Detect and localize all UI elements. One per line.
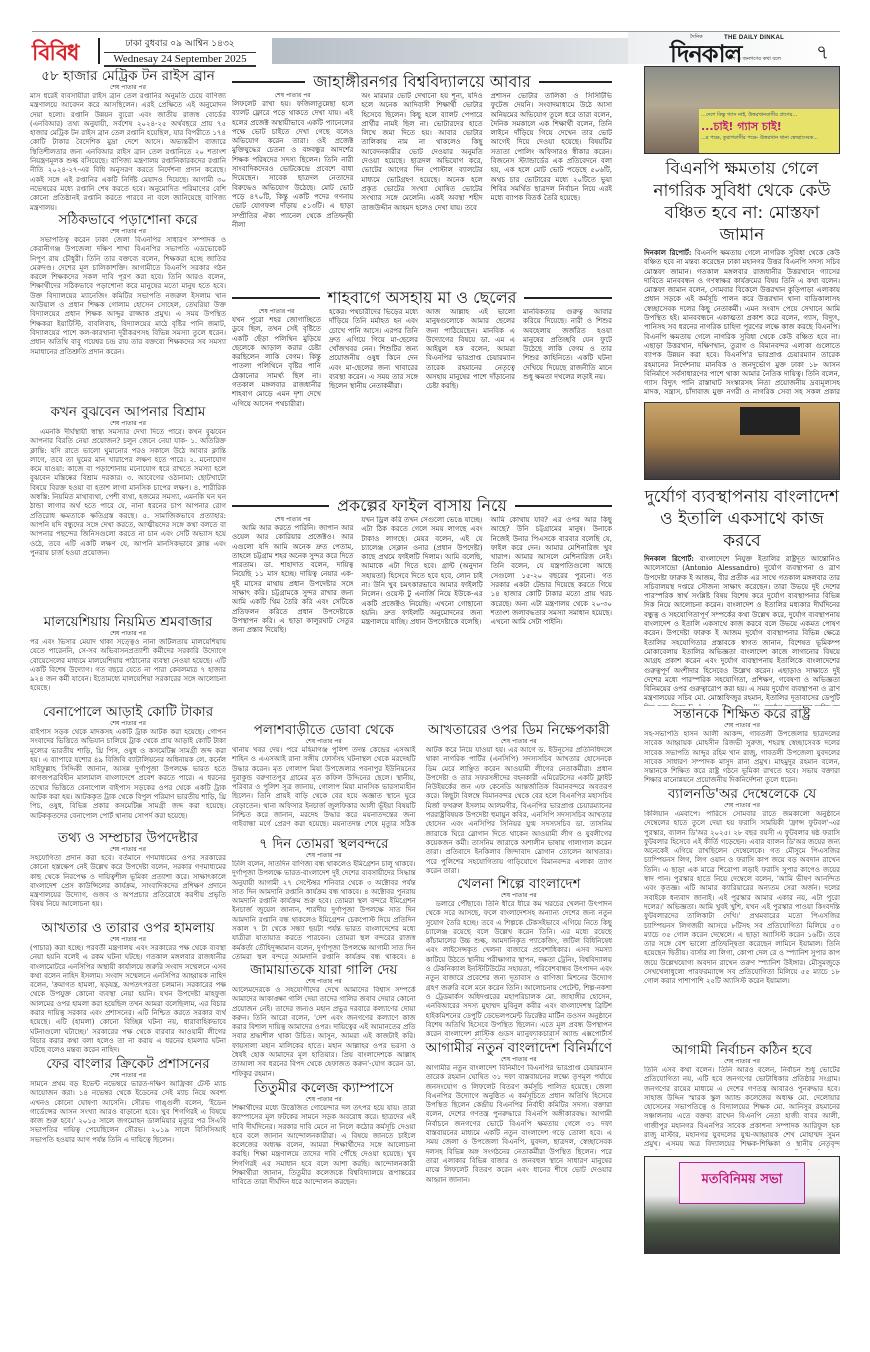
article-col: হকের। পথচারীদের ভিড়ের মধ্যে দাঁড়িয়ে ত… [329,308,418,486]
article-col: শেষ পাতার পরযখন পুরো শহর জোগাচ্ছিতে ডুবে… [232,308,321,486]
headline: মালয়েশিয়ায় নিয়মিত শ্রমবাজার [30,614,226,630]
headline: জাহাঙ্গীরনগর বিশ্ববিদ্যালয়ে আবার [313,72,531,92]
rule [232,297,320,299]
article-body: সামনে প্রথম বড় ইভেন্ট নভেম্বরে ভারত-দক্… [30,1080,226,1200]
rule [232,81,305,83]
continued-label: শেষ পাতার পর [232,978,416,986]
headline-row: জাহাঙ্গীরনগর বিশ্ববিদ্যালয়ে আবার [232,72,612,92]
article-malaysia: মালয়েশিয়ায় নিয়মিত শ্রমবাজার শেষ পাতা… [30,614,226,704]
dateline: ঢাকা বুধবার ০৯ আশ্বিন ১৪৩২ Wednesay 24 S… [104,36,256,67]
article-body: আগামীর নতুন বাংলাদেশ বিনির্মাণে বিএনপির … [426,1064,612,1254]
continued-label: শেষ পাতার পর [426,738,612,746]
continued-label: শেষ পাতার পর [232,738,416,746]
banner-title: মতবিনিময় সভা [680,1175,804,1184]
headline: ৭ দিন তোমরা স্থলবন্দরে [232,836,416,852]
divider [98,38,100,64]
logo-tagline: দেশ ও জনগণের কথা বলে [728,56,781,64]
headline: বিএনপি ক্ষমতায় গেলে নাগরিক সুবিধা থেকে … [644,158,840,246]
article-body: আটক করে নিয়ে যাওয়া হয়। এর আগে ড. ইউনূ… [426,746,612,876]
article-body: আলেমদেরকে ও সহযোগীদের দেখে আমাদের বিশ্বা… [232,986,416,1080]
article-shahbag: শাহবাগে অসহায় মা ও ছেলের শেষ পাতার পরযখ… [232,288,612,486]
continued-label: শেষ পাতার পর [644,1058,840,1066]
right-column: ...দেশে কিন্তু গ্যাস নাই, উত্তরখানবাসীর … [644,66,840,1346]
headline: পলাশবাড়ীতে ডোবা থেকে [232,722,416,738]
headline: দুর্যোগ ব্যবস্থাপনায় বাংলাদেশ ও ইতালি এ… [644,486,840,552]
headline: সন্তানকে শিক্ষিত করে রাষ্ট্র [644,706,840,722]
headline: আখতারের ওপর ডিম নিক্ষেপকারী [426,722,612,738]
continued-label: শেষ পাতার পর [232,92,353,100]
article-col: আজ আল্লাহ এই ভালো মানুষগুলোকে আমার ছেলের… [426,308,515,486]
continued-label: শেষ পাতার পর [30,936,226,944]
continued-label: শেষ পাতার পর [30,228,226,236]
headline: ফের বাংলার ক্রিকেট প্রশাসনের [30,1056,226,1072]
center-column: জাহাঙ্গীরনগর বিশ্ববিদ্যালয়ে আবার শেষ পা… [232,72,612,1340]
article-col: অং মারমার ভোট দেখানো হয় শূন্য, যদিও হলে… [361,92,482,270]
banner-text: ...র পক্ষে, তুরাগবাসীর পক্ষে- উত্তরখান থ… [701,134,839,143]
article-columns: শেষ পাতার পরলিফলেট রাখা হয়। ফজিলাতুন্নে… [232,92,612,270]
article-body: ঢিলি বলেন, সাতদিন বাণিজ্য বন্ধ থাকলেও ইম… [232,860,416,962]
headline: প্রকল্পের ফাইল বাসায় নিয়ে [337,496,507,516]
lower-grid: পলাশবাড়ীতে ডোবা থেকে শেষ পাতার পর থানায… [232,722,612,1264]
article-body: ডলারে পৌঁছাবে। তিনি ধীরে ধীরে কম খরচের খ… [426,900,612,1040]
article-col: প্রশাসন ভোটার তালিকা ও সিসিটিভি ফুটেজ দে… [491,92,612,270]
tv-screen [740,407,800,435]
headline: ব্যালনডি'অর দেম্বেলেকে যে [644,786,840,802]
body-text: বাংলাদেশে নিযুক্ত ইতালির রাষ্ট্রদূত আন্ত… [644,555,840,706]
continued-label: শেষ পাতার পর [30,1072,226,1080]
continued-label: শেষ পাতার পর [30,720,226,728]
article-body: সভাপতিত্ব করেন ঢাকা জেলা বিএনপির সাধারণ … [30,236,226,404]
masthead: বিবিধ ঢাকা বুধবার ০৯ আশ্বিন ১৪৩২ Wednesa… [32,31,840,63]
headline: শাহবাগে অসহায় মা ও ছেলের [328,288,517,308]
photo-gas-protest: ...দেশে কিন্তু গ্যাস নাই, উত্তরখানবাসীর … [644,66,840,154]
newspaper-logo: দৈনিক THE DAILY DINKAL দিনকাল দেশ ও জনগণ… [628,32,840,64]
date-bangla: ঢাকা বুধবার ০৯ আশ্বিন ১৪৩২ [104,36,256,53]
article-body: পর এবং ভিসার মেয়াদ থাকা সত্ত্বেও নানা জ… [30,638,226,704]
headline: কখন বুঝবেন আপনার বিশ্রাম [30,404,226,420]
continued-label: শেষ পাতার পর [232,852,416,860]
article-body: এমনকি দীর্ঘস্থায়ী স্বাস্থ্য সমস্যার দেখ… [30,428,226,614]
rule [524,297,612,299]
article-body: বাইপাস সড়ক থেকে মাদকসহ একটি ট্রাক আটক ক… [30,728,226,830]
banner-text: ...দেশে কিন্তু গ্যাস নাই, উত্তরখানবাসীর … [701,111,839,120]
left-column: ৫৮ হাজার মেট্রিক টন রাইস ব্রান শেষ পাতার… [30,68,226,1340]
rule [539,81,612,83]
continued-label: শেষ পাতার পর [232,1096,416,1104]
continued-label: শেষ পাতার পর [644,722,840,730]
article-benapole: বেনাপোলে আড়াই কোটি টাকার শেষ পাতার পর ব… [30,704,226,830]
article-rest: কখন বুঝবেন আপনার বিশ্রাম শেষ পাতার পর এম… [30,404,226,614]
continued-label: শেষ পাতার পর [232,516,353,524]
continued-label: শেষ পাতার পর [30,846,226,854]
col-text: আমি আর করতে পারিনি। জাপান আর ওয়েল আর কো… [232,524,353,636]
byline: দিনকাল রিপোর্ট: [644,248,691,257]
article-col: শেষ পাতার পরলিফলেট রাখা হয়। ফজিলাতুন্নে… [232,92,353,270]
body-text: বিএনপি ক্ষমতায় গেলে নাগরিক সুবিধা থেকে … [644,249,840,398]
article-body: মাস ধরেই ব্যবসায়ীরা রাইস ব্রান তেল রপ্ত… [30,92,226,212]
article-jahangirnagar: জাহাঙ্গীরনগর বিশ্ববিদ্যালয়ে আবার শেষ পা… [232,72,612,270]
article-col: মানবিকতার গুরুত্ব আবার করিয়ে দিয়েছে। ন… [523,308,612,486]
article-body: দিনকাল রিপোর্ট: বিএনপি ক্ষমতায় গেলে নাগ… [644,248,840,398]
headline: খেলনা শিল্পে বাংলাদেশ [426,876,612,892]
lower-left: পলাশবাড়ীতে ডোবা থেকে শেষ পাতার পর থানায… [232,722,416,1264]
continued-label: শেষ পাতার পর [426,892,612,900]
headline: তথ্য ও সম্প্রচার উপদেষ্টার [30,830,226,846]
photo-discussion-meeting: মতবিনিময় সভা [644,1156,840,1254]
continued-label: শেষ পাতার পর [426,1056,612,1064]
date-english: Wednesay 24 September 2025 [104,53,256,67]
rule [515,505,612,507]
headline: বেনাপোলে আড়াই কোটি টাকার [30,704,226,720]
article-body: শিক্ষার্থীদের মধ্যে উত্তেজিত গোয়েন্দার … [232,1104,416,1264]
article-body: সহ-সভাপতি হাসন আলী আকন্দ, গাবতলী উপজেলার… [644,730,840,786]
headline: সঠিকভাবে পড়াশোনা করে [30,212,226,228]
article-rice-bran: ৫৮ হাজার মেট্রিক টন রাইস ব্রান শেষ পাতার… [30,68,226,212]
photo-meeting [644,402,840,480]
article-body: তিনি এসব কথা বলেন। তিনি আরও বলেন, নির্বা… [644,1066,840,1150]
protest-banner: ...দেশে কিন্তু গ্যাস নাই, উত্তরখানবাসীর … [699,109,840,153]
article-body: কিলিয়ান এমবাপে। পারিসে সোমবার রাতে জমকা… [644,810,840,1042]
lower-right: আখতারের ওপর ডিম নিক্ষেপকারী শেষ পাতার পর… [426,722,612,1264]
article-body: (পাচার) করা হচ্ছে। পরবর্তী মন্ত্রণালয় এ… [30,944,226,1056]
continued-label: শেষ পাতার পর [30,84,226,92]
article-info-adviser: তথ্য ও সম্প্রচার উপদেষ্টার শেষ পাতার পর … [30,830,226,920]
headline-row: শাহবাগে অসহায় মা ও ছেলের [232,288,612,308]
headline: তিতুমীর কলেজ ক্যাম্পাসে [232,1080,416,1096]
article-attack: আখতার ও তারার ওপর হামলায় শেষ পাতার পর (… [30,920,226,1056]
article-body: দিনকাল রিপোর্ট: বাংলাদেশে নিযুক্ত ইতালির… [644,554,840,706]
article-study: সঠিকভাবে পড়াশোনা করে শেষ পাতার পর সভাপত… [30,212,226,404]
col-text: যখন পুরো শহর জোগাচ্ছিতে ডুবে ছিল, তখন সে… [232,316,321,409]
article-body: থানায় খবর দেয়। পরে মহিমাগঞ্জ পুলিশ তদন… [232,746,416,830]
banner-text: ...চাই! গ্যাস চাই! [701,122,839,131]
meeting-banner: মতবিনিময় সভা [679,1162,805,1204]
article-col: আমি কোথায় যাব? এর ওপর আর কিছু আছে? উনি … [491,516,612,714]
col-text: লিফলেট রাখা হয়। ফজিলাতুন্নেছা হলে ব্যাল… [232,100,353,230]
headline: আগামীর নতুন বাংলাদেশ বিনির্মাণে [426,1040,612,1056]
continued-label: শেষ পাতার পর [232,308,321,316]
masthead-band [272,38,632,64]
headline: জামায়াতকে যারা গালি দেয় [232,962,416,978]
article-columns: শেষ পাতার পরআমি আর করতে পারিনি। জাপান আর… [232,516,612,714]
article-columns: শেষ পাতার পরযখন পুরো শহর জোগাচ্ছিতে ডুবে… [232,308,612,486]
article-col: যখন ড্রিল করি তখন সেগুলো ভেঙে যাচ্ছে। এট… [361,516,482,714]
headline: ৫৮ হাজার মেট্রিক টন রাইস ব্রান [30,68,226,84]
article-project-file: প্রকল্পের ফাইল বাসায় নিয়ে শেষ পাতার পর… [232,496,612,714]
continued-label: শেষ পাতার পর [30,420,226,428]
article-col: শেষ পাতার পরআমি আর করতে পারিনি। জাপান আর… [232,516,353,714]
article-cricket: ফের বাংলার ক্রিকেট প্রশাসনের শেষ পাতার প… [30,1056,226,1200]
article-body: সহযোগিতা প্রদান করা হবে। বর্তমানে গণমাধ্… [30,854,226,920]
byline: দিনকাল রিপোর্ট: [644,554,694,563]
continued-label: শেষ পাতার পর [30,630,226,638]
continued-label: শেষ পাতার পর [644,802,840,810]
rule [232,505,329,507]
headline: আখতার ও তারার ওপর হামলায় [30,920,226,936]
headline-row: প্রকল্পের ফাইল বাসায় নিয়ে [232,496,612,516]
headline: আগামী নির্বাচন কঠিন হবে [644,1042,840,1058]
